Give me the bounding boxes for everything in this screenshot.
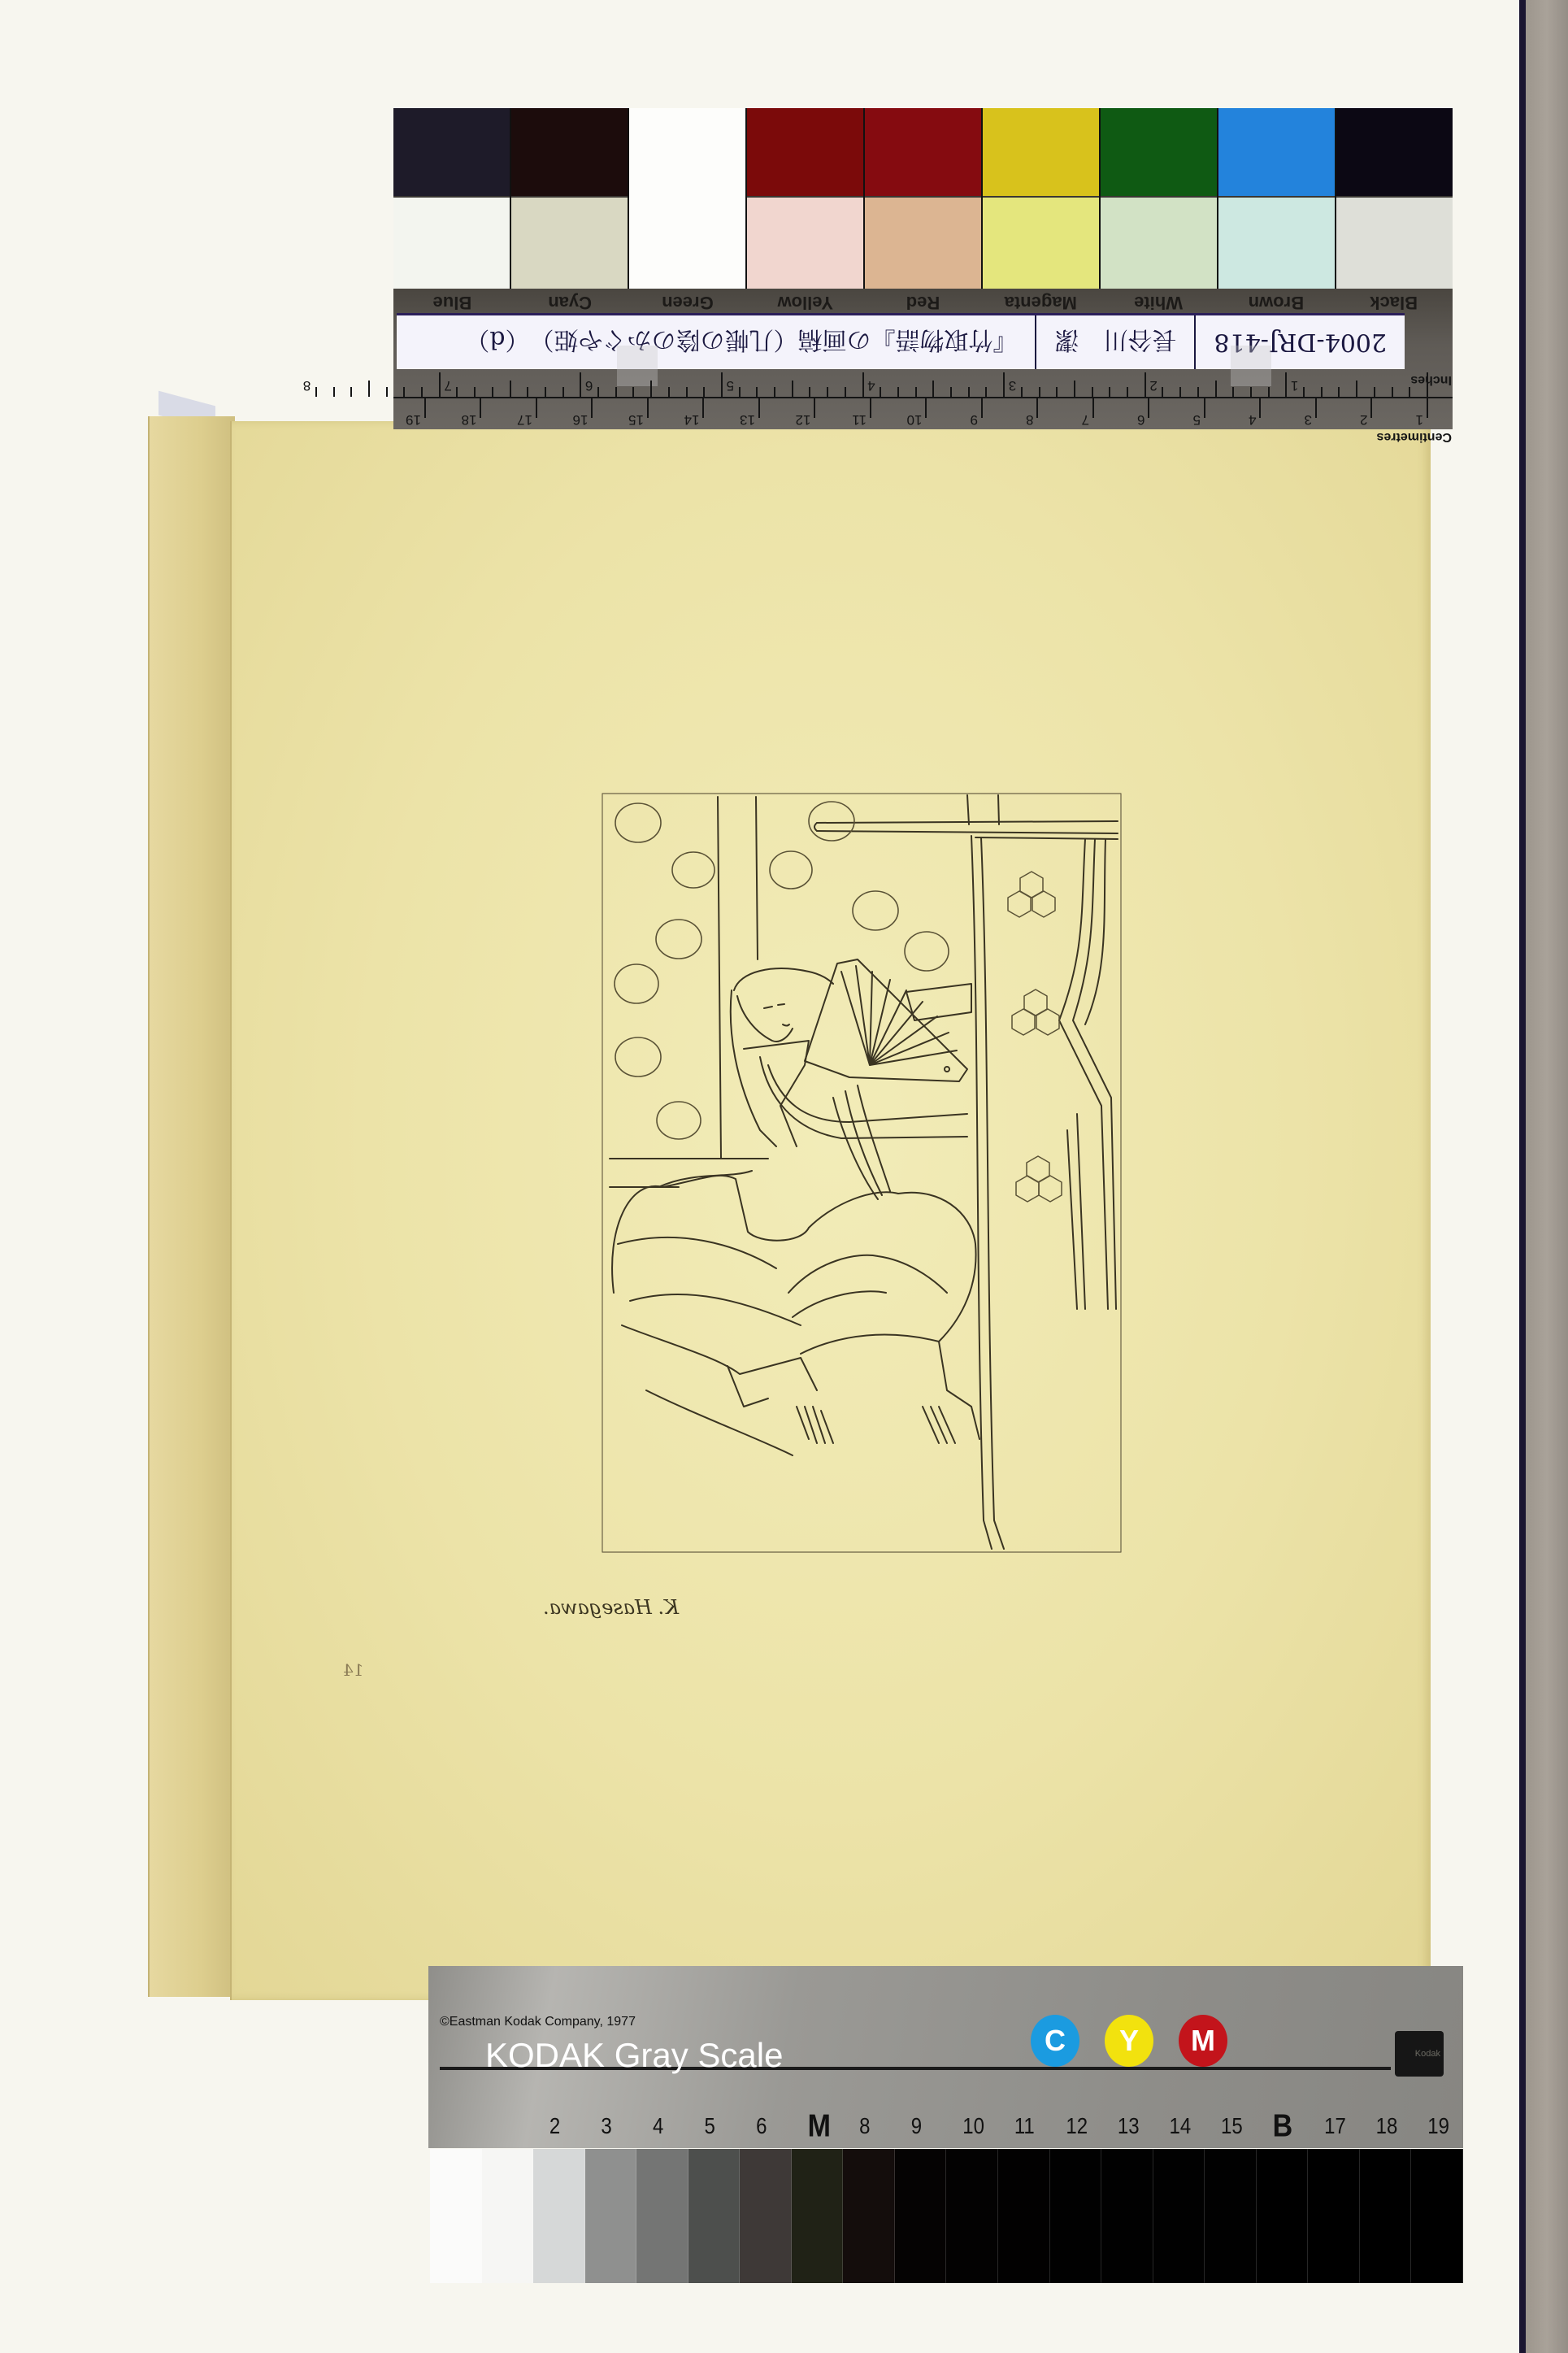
- gray-step-swatch: [585, 2149, 637, 2283]
- patch-swatch-light: [511, 198, 628, 289]
- inch-tick: [721, 372, 723, 397]
- gray-step-label: 9: [911, 2114, 922, 2140]
- cm-tick-label: 16: [573, 411, 589, 428]
- patch-swatch: [629, 108, 745, 289]
- inch-tick: [1127, 387, 1128, 397]
- cm-tick: [1315, 398, 1317, 418]
- inch-tick: [792, 381, 793, 397]
- yellow-dot-icon: Y: [1105, 2015, 1153, 2067]
- inch-tick: [756, 387, 758, 397]
- inch-tick: [386, 387, 388, 397]
- patch-swatch-dark: [393, 108, 510, 196]
- inch-tick: [474, 387, 476, 397]
- color-name-label: Green: [629, 292, 747, 313]
- cm-tick-label: 17: [517, 411, 532, 428]
- gray-step-label: 18: [1376, 2114, 1398, 2140]
- paper-folded-margin: [148, 416, 235, 1997]
- color-name-row: BlackBrownWhiteMagentaRedYellowGreenCyan…: [393, 292, 1453, 313]
- gray-step-swatch: [636, 2149, 688, 2283]
- label-catalog-id: 2004-DRJ-418: [1196, 328, 1405, 357]
- cm-tick: [1371, 398, 1373, 418]
- gray-step-label: 11: [1014, 2114, 1035, 2140]
- inch-tick: [510, 381, 511, 397]
- inch-tick: [1021, 387, 1023, 397]
- gray-scale-title: KODAK Gray Scale: [482, 2036, 786, 2075]
- cm-tick-label: 15: [628, 411, 644, 428]
- inch-tick: [650, 381, 652, 397]
- label-title: 『竹取物語』の画稿（几帳の陰のかぐや姫） （d）: [397, 315, 1036, 369]
- cm-tick: [1037, 398, 1039, 418]
- inch-tick: [315, 387, 317, 397]
- inches-label: Inches: [1410, 372, 1452, 387]
- color-name-label: Red: [864, 292, 982, 313]
- inch-tick: [739, 387, 741, 397]
- kodak-logo-icon: Kodak: [1395, 2031, 1444, 2077]
- color-patch-green: [1101, 108, 1218, 289]
- patch-swatch-dark: [1336, 108, 1453, 196]
- gray-step-label: B: [1273, 2108, 1293, 2145]
- gray-step-swatch: [895, 2149, 947, 2283]
- gray-step-swatch: [1050, 2149, 1102, 2283]
- inch-tick: [562, 387, 564, 397]
- inch-tick: [880, 387, 881, 397]
- drawing-svg: [597, 789, 1126, 1557]
- gray-step-swatch: [1257, 2149, 1309, 2283]
- inch-tick: [1162, 387, 1164, 397]
- cm-tick: [592, 398, 593, 418]
- patch-swatch-light: [393, 198, 510, 289]
- inch-tick: [986, 387, 988, 397]
- cyan-dot-icon: C: [1031, 2015, 1079, 2067]
- gray-step-swatch: [1360, 2149, 1412, 2283]
- color-patch-cyan: [1218, 108, 1336, 289]
- gray-step-label: 17: [1324, 2114, 1346, 2140]
- cm-tick: [1427, 398, 1428, 418]
- cm-tick: [758, 398, 760, 418]
- cm-tick-label: 9: [971, 411, 978, 428]
- pencil-drawing: [597, 789, 1126, 1557]
- cm-tick: [1204, 398, 1205, 418]
- chart-strip: BlackBrownWhiteMagentaRedYellowGreenCyan…: [393, 289, 1453, 429]
- inch-tick: [1409, 387, 1410, 397]
- inch-tick: [1285, 372, 1287, 397]
- cm-tick-label: 14: [684, 411, 700, 428]
- cm-tick: [480, 398, 482, 418]
- gray-step-swatch: [1308, 2149, 1360, 2283]
- cm-tick: [647, 398, 649, 418]
- inch-tick-label: 8: [303, 377, 311, 394]
- patch-swatch-light: [1336, 198, 1453, 289]
- inch-tick-label: 3: [1009, 377, 1016, 394]
- inch-tick-label: 2: [1149, 377, 1157, 394]
- color-patch-black: [393, 108, 511, 289]
- color-patch-yellow: [983, 108, 1101, 289]
- inch-tick: [333, 387, 335, 397]
- patch-swatch-dark: [983, 108, 1099, 196]
- cm-tick-label: 11: [852, 411, 867, 428]
- inch-tick: [862, 372, 864, 397]
- gray-step-label: 10: [962, 2114, 984, 2140]
- inch-tick-label: 6: [585, 377, 593, 394]
- color-name-label: Blue: [393, 292, 511, 313]
- measurement-ruler: 1234567891011121314151617181912345678Cen…: [393, 367, 1453, 429]
- color-patch-magenta: [747, 108, 865, 289]
- color-name-label: Black: [1335, 292, 1453, 313]
- inch-tick: [1250, 387, 1252, 397]
- gray-step-label: 14: [1169, 2114, 1191, 2140]
- inch-tick: [615, 387, 617, 397]
- inch-tick: [774, 387, 775, 397]
- inch-tick: [1056, 387, 1058, 397]
- cm-tick-label: 1: [1416, 411, 1423, 428]
- inch-tick: [1109, 387, 1110, 397]
- inch-tick: [1092, 387, 1093, 397]
- cm-tick-label: 6: [1137, 411, 1145, 428]
- cm-tick-label: 12: [796, 411, 811, 428]
- inch-tick: [1356, 381, 1357, 397]
- inch-tick: [1039, 387, 1040, 397]
- gray-scale-card: ©Eastman Kodak Company, 1977 KODAK Gray …: [428, 1966, 1463, 2148]
- inch-tick: [368, 381, 370, 397]
- cm-tick-label: 5: [1193, 411, 1201, 428]
- cm-tick: [424, 398, 426, 418]
- gray-step-swatch: [482, 2149, 534, 2283]
- inch-tick-label: 5: [727, 377, 734, 394]
- gray-step-label: 13: [1118, 2114, 1140, 2140]
- gray-step-swatch: [1411, 2149, 1463, 2283]
- inch-tick: [1268, 387, 1270, 397]
- inch-tick: [845, 387, 846, 397]
- cm-tick: [1149, 398, 1150, 418]
- patch-swatch-light: [983, 198, 1099, 289]
- inch-tick: [597, 387, 599, 397]
- gray-step-swatch: [688, 2149, 741, 2283]
- inch-tick: [545, 387, 546, 397]
- gray-step-label: 6: [756, 2114, 767, 2140]
- gray-step-swatch: [998, 2149, 1050, 2283]
- gray-step-swatch: [1205, 2149, 1257, 2283]
- artist-signature-mirrored: K. Hasegawa.: [543, 1596, 679, 1619]
- color-name-label: White: [1100, 292, 1218, 313]
- inch-tick: [1074, 381, 1075, 397]
- cm-tick-label: 19: [406, 411, 421, 428]
- gray-step-label: 19: [1427, 2114, 1449, 2140]
- cyan-letter: C: [1045, 2024, 1066, 2058]
- cm-tick: [536, 398, 537, 418]
- inch-tick: [932, 381, 934, 397]
- gray-step-swatch: [430, 2149, 482, 2283]
- board-edge: [1519, 0, 1526, 2353]
- cm-tick-label: 8: [1026, 411, 1033, 428]
- inch-tick: [686, 387, 688, 397]
- inch-tick: [1145, 372, 1146, 397]
- inch-tick: [1374, 387, 1375, 397]
- cm-tick-label: 2: [1360, 411, 1367, 428]
- inch-tick-label: 7: [444, 377, 451, 394]
- inch-tick: [492, 387, 493, 397]
- gray-step-swatch: [843, 2149, 895, 2283]
- inch-tick: [527, 387, 528, 397]
- inch-tick: [668, 387, 670, 397]
- inch-tick: [580, 372, 581, 397]
- inch-tick: [350, 387, 352, 397]
- inch-tick: [421, 387, 423, 397]
- cm-scale: 12345678910111213141516171819: [393, 397, 1453, 429]
- gray-step-label: 3: [601, 2114, 611, 2140]
- inch-tick: [1392, 387, 1393, 397]
- inch-tick: [1339, 387, 1340, 397]
- gray-step-label: M: [808, 2108, 831, 2145]
- kodak-logo-text: Kodak: [1415, 2049, 1440, 2059]
- gray-step-label: 8: [859, 2114, 870, 2140]
- inch-tick: [1232, 387, 1234, 397]
- patch-swatch-light: [747, 198, 863, 289]
- gray-step-swatch: [1101, 2149, 1153, 2283]
- gray-step-swatch: [946, 2149, 998, 2283]
- magenta-letter: M: [1191, 2024, 1215, 2058]
- gray-step-label: 5: [705, 2114, 715, 2140]
- cm-tick: [1260, 398, 1262, 418]
- patch-swatch-dark: [1218, 108, 1335, 196]
- magenta-dot-icon: M: [1179, 2015, 1227, 2067]
- gray-step-swatch: [1153, 2149, 1205, 2283]
- cm-tick-label: 13: [740, 411, 755, 428]
- cm-tick: [870, 398, 871, 418]
- inch-tick: [1321, 387, 1323, 397]
- inch-tick: [1197, 387, 1199, 397]
- color-patch-blue: [1336, 108, 1453, 289]
- cm-tick: [981, 398, 983, 418]
- label-artist: 長谷川 潔: [1036, 315, 1196, 369]
- inch-tick: [457, 387, 458, 397]
- cm-tick-label: 4: [1249, 411, 1256, 428]
- inch-tick: [703, 387, 705, 397]
- gray-step-swatch: [533, 2149, 585, 2283]
- gray-step-swatch: [792, 2149, 844, 2283]
- gray-step-swatch: [740, 2149, 792, 2283]
- label-variant: （d）: [465, 324, 529, 360]
- gray-step-label: 12: [1066, 2114, 1088, 2140]
- patch-swatch-dark: [747, 108, 863, 196]
- inch-tick: [810, 387, 811, 397]
- patch-swatch-dark: [865, 108, 981, 196]
- color-name-label: Magenta: [982, 292, 1100, 313]
- cm-tick: [703, 398, 705, 418]
- cm-tick-label: 10: [907, 411, 923, 428]
- color-patch-white: [629, 108, 747, 289]
- inch-tick: [1215, 381, 1217, 397]
- cm-tick-label: 18: [462, 411, 477, 428]
- inch-tick: [1303, 387, 1305, 397]
- color-patch-brown: [511, 108, 629, 289]
- patch-swatch-light: [1218, 198, 1335, 289]
- patch-swatch-dark: [1101, 108, 1217, 196]
- pencil-inventory-mark: 14: [343, 1660, 363, 1680]
- patch-swatch-light: [1101, 198, 1217, 289]
- backdrop: [1526, 0, 1568, 2353]
- centimetres-label: Centimetres: [1377, 429, 1452, 444]
- inch-tick: [633, 387, 635, 397]
- inch-tick: [915, 387, 917, 397]
- inch-tick-label: 1: [1291, 377, 1298, 394]
- inch-tick: [1179, 387, 1181, 397]
- cm-tick: [1092, 398, 1094, 418]
- inch-tick: [403, 387, 405, 397]
- gray-step-label: 2: [549, 2114, 560, 2140]
- color-name-label: Cyan: [511, 292, 629, 313]
- gray-scale-copyright: ©Eastman Kodak Company, 1977: [440, 2015, 636, 2029]
- color-patches: [393, 108, 1453, 289]
- inch-tick: [897, 387, 899, 397]
- inch-tick: [827, 387, 828, 397]
- kodak-gray-scale: ©Eastman Kodak Company, 1977 KODAK Gray …: [428, 1966, 1463, 2291]
- color-control-chart: BlackBrownWhiteMagentaRedYellowGreenCyan…: [393, 108, 1453, 429]
- patch-swatch-dark: [511, 108, 628, 196]
- inch-tick: [439, 372, 441, 397]
- inch-tick: [950, 387, 952, 397]
- cm-tick: [814, 398, 816, 418]
- inch-tick: [968, 387, 970, 397]
- cm-tick: [926, 398, 927, 418]
- gray-step-label: 4: [653, 2114, 663, 2140]
- cm-tick-label: 7: [1082, 411, 1089, 428]
- color-name-label: Brown: [1217, 292, 1335, 313]
- gray-step-labels: 23456M89101112131415B171819: [428, 2109, 1463, 2142]
- patch-swatch-light: [865, 198, 981, 289]
- inch-tick: [1003, 372, 1005, 397]
- color-name-label: Yellow: [746, 292, 864, 313]
- color-patch-red: [865, 108, 983, 289]
- cm-tick-label: 3: [1305, 411, 1312, 428]
- label-title-text: 『竹取物語』の画稿（几帳の陰のかぐや姫）: [529, 324, 1017, 360]
- gray-steps: [430, 2149, 1463, 2283]
- yellow-letter: Y: [1119, 2024, 1139, 2058]
- inch-tick-label: 4: [867, 377, 875, 394]
- gray-step-label: 15: [1221, 2114, 1243, 2140]
